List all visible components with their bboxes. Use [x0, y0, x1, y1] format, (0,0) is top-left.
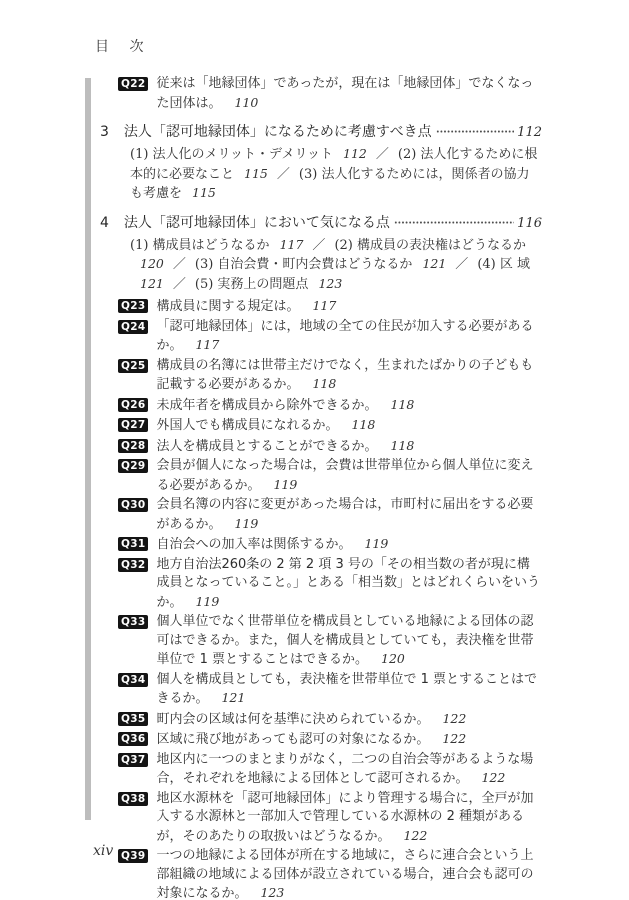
q-entry-body: 外国人でも構成員になれるか。118	[156, 416, 542, 436]
page-ref: 118	[351, 417, 375, 432]
q-badge: Q23	[118, 299, 148, 313]
q-badge: Q30	[118, 498, 148, 512]
separator: ／	[312, 238, 325, 253]
q-entry-body: 地区水源林を「認可地縁団体」により管理する場合に，全戸が加入する水源林と一部加入…	[156, 790, 542, 847]
entry-text: 会員が個人になった場合は，会費は世帯単位から個人単位に変える必要があるか。	[156, 458, 533, 493]
q-badge: Q26	[118, 398, 148, 412]
entry-text: (5) 実務上の問題点	[195, 277, 309, 292]
toc-entry-q35: Q35町内会の区域は何を基準に決められているか。122	[118, 710, 542, 730]
page-ref: 117	[312, 298, 336, 313]
q-badge: Q25	[118, 359, 148, 373]
section-number: 3	[100, 123, 109, 142]
toc-entry-q38: Q38地区水源林を「認可地縁団体」により管理する場合に，全戸が加入する水源林と一…	[118, 790, 542, 847]
q-entry-body: 町内会の区域は何を基準に決められているか。122	[156, 710, 542, 730]
page-ref: 123	[318, 276, 342, 291]
section-page-ref: 112	[517, 123, 542, 142]
separator: ／	[376, 147, 389, 162]
section-number: 4	[100, 214, 109, 233]
section-page-ref: 116	[517, 214, 542, 233]
dot-leader	[436, 120, 515, 136]
q-entry-body: 個人単位でなく世帯単位を構成員としている地縁による団体の認可はできるか。また，個…	[156, 613, 542, 670]
entry-text: 構成員に関する規定は。	[156, 299, 299, 314]
entry-text: (1) 構成員はどうなるか	[130, 238, 270, 253]
q-entry-body: 自治会への加入率は関係するか。119	[156, 535, 542, 555]
page-ref: 120	[381, 651, 405, 666]
section-title: 法人「認可地縁団体」になるために考慮すべき点	[124, 123, 432, 142]
entry-text: 地区内に一つのまとまりがなく，二つの自治会等があるような場合，それぞれを地縁によ…	[156, 752, 533, 787]
separator: ／	[173, 277, 186, 292]
entry-text: 法人を構成員とすることができるか。	[156, 439, 377, 454]
q-badge: Q31	[118, 537, 148, 551]
toc-entry-q25: Q25構成員の名簿には世帯主だけでなく，生まれたばかりの子どもも記載する必要があ…	[118, 357, 542, 395]
q-entry-body: 従来は「地縁団体」であったが，現在は「地縁団体」でなくなった団体は。110	[156, 75, 542, 113]
q-badge: Q36	[118, 732, 148, 746]
q-badge: Q38	[118, 792, 148, 806]
q-badge: Q34	[118, 673, 148, 687]
toc-entry-q33: Q33個人単位でなく世帯単位を構成員としている地縁による団体の認可はできるか。ま…	[118, 613, 542, 670]
entry-text: (2) 構成員の表決権はどうなるか	[334, 238, 526, 253]
toc-entry-q22: Q22従来は「地縁団体」であったが，現在は「地縁団体」でなくなった団体は。110	[118, 75, 542, 113]
q-badge: Q32	[118, 558, 148, 572]
toc-entry-q23: Q23構成員に関する規定は。117	[118, 297, 542, 317]
page-ref: 110	[234, 95, 258, 110]
toc-section-4: 4法人「認可地縁団体」において気になる点116	[100, 211, 542, 233]
page-ref: 123	[260, 885, 284, 900]
q-entry-body: 法人を構成員とすることができるか。118	[156, 437, 542, 457]
q-entry-body: 区域に飛び地があっても認可の対象になるか。122	[156, 730, 542, 750]
page-ref: 122	[442, 731, 466, 746]
section-title: 法人「認可地縁団体」において気になる点	[124, 214, 390, 233]
separator: ／	[455, 257, 468, 272]
q-entry-body: 会員が個人になった場合は，会費は世帯単位から個人単位に変える必要があるか。119	[156, 457, 542, 495]
page-title: 目 次	[95, 36, 151, 56]
toc-entry-q36: Q36区域に飛び地があっても認可の対象になるか。122	[118, 730, 542, 750]
toc-entry-q27: Q27外国人でも構成員になれるか。118	[118, 416, 542, 436]
entry-text: 自治会への加入率は関係するか。	[156, 537, 351, 552]
toc-entry-q39: Q39一つの地縁による団体が所在する地域に，さらに連合会という上部組織の地域によ…	[118, 847, 542, 900]
page-ref: 121	[221, 690, 245, 705]
toc-subentries: (1) 構成員はどうなるか117／(2) 構成員の表決権はどうなるか120／(3…	[130, 236, 542, 295]
page-ref: 122	[403, 828, 427, 843]
q-entry-body: 構成員の名簿には世帯主だけでなく，生まれたばかりの子どもも記載する必要があるか。…	[156, 357, 542, 395]
page-ref: 121	[140, 276, 164, 291]
toc-subentries: (1) 法人化のメリット・デメリット112／(2) 法人化するために根本的に必要…	[130, 145, 542, 204]
toc-entry-q37: Q37地区内に一つのまとまりがなく，二つの自治会等があるような場合，それぞれを地…	[118, 751, 542, 789]
toc-entry-q32: Q32地方自治法260条の 2 第 2 項 3 号の「その相当数の者が現に構成員…	[118, 556, 542, 613]
page-ref: 112	[343, 146, 367, 161]
page-ref: 117	[280, 237, 304, 252]
q-badge: Q22	[118, 77, 148, 91]
q-entry-body: 地区内に一つのまとまりがなく，二つの自治会等があるような場合，それぞれを地縁によ…	[156, 751, 542, 789]
page-ref: 119	[273, 477, 297, 492]
q-entry-body: 「認可地縁団体」には，地域の全ての住民が加入する必要があるか。117	[156, 318, 542, 356]
page-ref: 121	[422, 256, 446, 271]
toc-entry-q34: Q34個人を構成員としても，表決権を世帯単位で 1 票とすることはできるか。12…	[118, 671, 542, 709]
page-ref: 119	[364, 536, 388, 551]
q-entry-body: 一つの地縁による団体が所在する地域に，さらに連合会という上部組織の地域による団体…	[156, 847, 542, 900]
toc-entry-q28: Q28法人を構成員とすることができるか。118	[118, 437, 542, 457]
entry-text: 構成員の名簿には世帯主だけでなく，生まれたばかりの子どもも記載する必要があるか。	[156, 358, 533, 393]
toc-entry-q26: Q26未成年者を構成員から除外できるか。118	[118, 396, 542, 416]
entry-text: 個人単位でなく世帯単位を構成員としている地縁による団体の認可はできるか。また，個…	[156, 614, 533, 667]
dot-leader	[394, 211, 514, 227]
page-ref: 119	[234, 516, 258, 531]
entry-text: 一つの地縁による団体が所在する地域に，さらに連合会という上部組織の地域による団体…	[156, 848, 533, 900]
toc-entry-q30: Q30会員名簿の内容に変更があった場合は，市町村に届出をする必要があるか。119	[118, 496, 542, 534]
q-entry-body: 会員名簿の内容に変更があった場合は，市町村に届出をする必要があるか。119	[156, 496, 542, 534]
page-ref: 118	[390, 438, 414, 453]
page-ref: 118	[390, 397, 414, 412]
q-badge: Q35	[118, 712, 148, 726]
entry-text: 外国人でも構成員になれるか。	[156, 418, 338, 433]
q-entry-body: 構成員に関する規定は。117	[156, 297, 542, 317]
toc-page: 目 次 Q22従来は「地縁団体」であったが，現在は「地縁団体」でなくなった団体は…	[0, 0, 629, 900]
q-entry-body: 地方自治法260条の 2 第 2 項 3 号の「その相当数の者が現に構成員となっ…	[156, 556, 542, 613]
page-ref: 118	[312, 376, 336, 391]
page-number: xiv	[93, 843, 113, 859]
page-ref: 122	[481, 770, 505, 785]
q-badge: Q29	[118, 459, 148, 473]
page-ref: 122	[442, 711, 466, 726]
q-badge: Q39	[118, 849, 148, 863]
entry-text: 未成年者を構成員から除外できるか。	[156, 398, 377, 413]
entry-text: 個人を構成員としても，表決権を世帯単位で 1 票とすることはできるか。	[156, 672, 537, 707]
entry-text: 町内会の区域は何を基準に決められているか。	[156, 712, 429, 727]
page-ref: 117	[195, 337, 219, 352]
page-ref: 119	[195, 594, 219, 609]
q-badge: Q27	[118, 418, 148, 432]
toc-entry-q31: Q31自治会への加入率は関係するか。119	[118, 535, 542, 555]
page-ref: 115	[192, 185, 216, 200]
q-badge: Q28	[118, 439, 148, 453]
entry-text: (1) 法人化のメリット・デメリット	[130, 147, 333, 162]
entry-text: (3) 自治会費・町内会費はどうなるか	[195, 257, 413, 272]
entry-text: 従来は「地縁団体」であったが，現在は「地縁団体」でなくなった団体は。	[156, 76, 533, 111]
page-ref: 115	[244, 166, 268, 181]
separator: ／	[173, 257, 186, 272]
separator: ／	[277, 167, 290, 182]
q-entry-body: 個人を構成員としても，表決権を世帯単位で 1 票とすることはできるか。121	[156, 671, 542, 709]
page-ref: 120	[140, 256, 164, 271]
q-entry-body: 未成年者を構成員から除外できるか。118	[156, 396, 542, 416]
vertical-rule	[85, 78, 91, 820]
entry-text: 地区水源林を「認可地縁団体」により管理する場合に，全戸が加入する水源林と一部加入…	[156, 791, 533, 844]
toc-section-3: 3法人「認可地縁団体」になるために考慮すべき点112	[100, 120, 542, 142]
entry-text: 区域に飛び地があっても認可の対象になるか。	[156, 732, 429, 747]
entry-text: (4) 区 域	[477, 257, 530, 272]
q-badge: Q33	[118, 615, 148, 629]
toc-entry-q29: Q29会員が個人になった場合は，会費は世帯単位から個人単位に変える必要があるか。…	[118, 457, 542, 495]
q-badge: Q37	[118, 753, 148, 767]
q-badge: Q24	[118, 320, 148, 334]
toc-list: Q22従来は「地縁団体」であったが，現在は「地縁団体」でなくなった団体は。110…	[100, 74, 542, 900]
entry-text: 会員名簿の内容に変更があった場合は，市町村に届出をする必要があるか。	[156, 497, 533, 532]
toc-entry-q24: Q24「認可地縁団体」には，地域の全ての住民が加入する必要があるか。117	[118, 318, 542, 356]
